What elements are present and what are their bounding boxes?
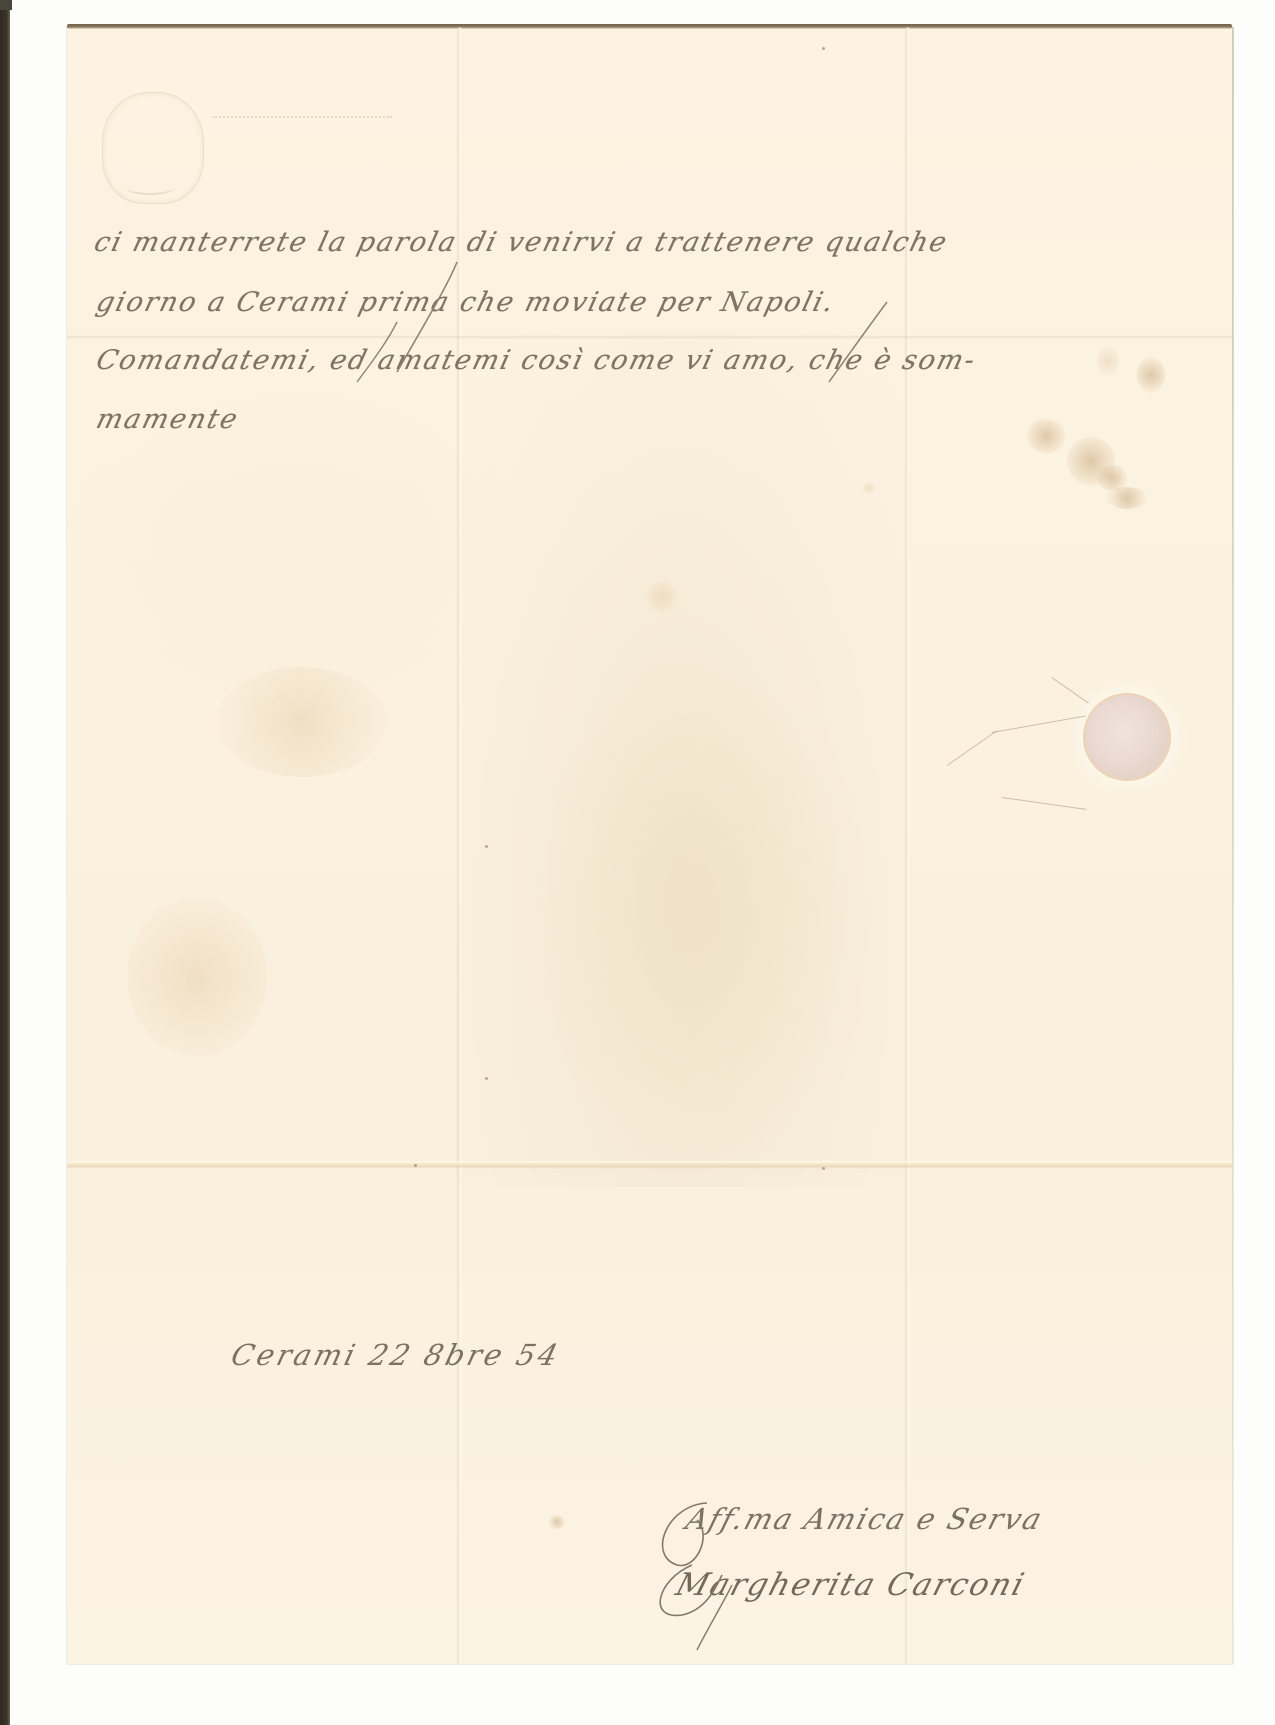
fold-mark — [485, 1077, 488, 1080]
vertical-fold-right — [904, 27, 910, 1664]
letter-line-3: Comandatemi, ed amatemi così come vi amo… — [93, 345, 980, 376]
fold-mark — [414, 1164, 417, 1167]
paper-top-edge — [67, 24, 1232, 29]
vertical-fold-left — [456, 27, 462, 1664]
letter-line-2: giorno a Cerami prima che moviate per Na… — [93, 287, 838, 318]
letter-line-4: mamente — [93, 404, 242, 435]
letter-line-1: ci manterrete la parola di venirvi a tra… — [91, 227, 951, 258]
faint-show-through-text — [212, 102, 392, 118]
crease-line — [67, 335, 1232, 339]
seal-wrinkle — [1051, 677, 1088, 704]
stain-spot — [549, 1515, 565, 1529]
closing-salutation: Aff.ma Amica e Serva — [682, 1502, 1047, 1536]
scanner-bed-corner — [0, 0, 12, 10]
fold-mark — [485, 845, 488, 848]
aged-shading-panel — [456, 327, 904, 1187]
paper-right-edge — [1232, 27, 1234, 1664]
letter-sheet: ci manterrete la parola di venirvi a tra… — [67, 27, 1232, 1664]
scanner-bed-edge — [0, 0, 10, 1725]
seal-wrinkle — [947, 731, 997, 766]
stain-spot — [647, 582, 677, 612]
seal-wrinkle — [992, 716, 1086, 733]
stain-spot — [1027, 419, 1065, 453]
stain-spot — [1137, 357, 1165, 393]
letter-date: Cerami 22 8bre 54 — [228, 1338, 564, 1372]
stain-spot — [1097, 347, 1119, 375]
signature: Margherita Carconi — [672, 1567, 1030, 1603]
stain-patch — [217, 667, 387, 777]
embossed-stamp-icon — [102, 92, 204, 204]
stain-spot — [1107, 487, 1147, 509]
fold-mark — [822, 47, 825, 50]
stain-patch — [127, 897, 267, 1057]
horizontal-fold — [67, 1161, 1232, 1169]
stain-spot — [862, 482, 876, 494]
seal-wrinkle — [1002, 797, 1086, 810]
fold-mark — [822, 1167, 825, 1170]
wax-seal-icon — [1085, 695, 1169, 779]
